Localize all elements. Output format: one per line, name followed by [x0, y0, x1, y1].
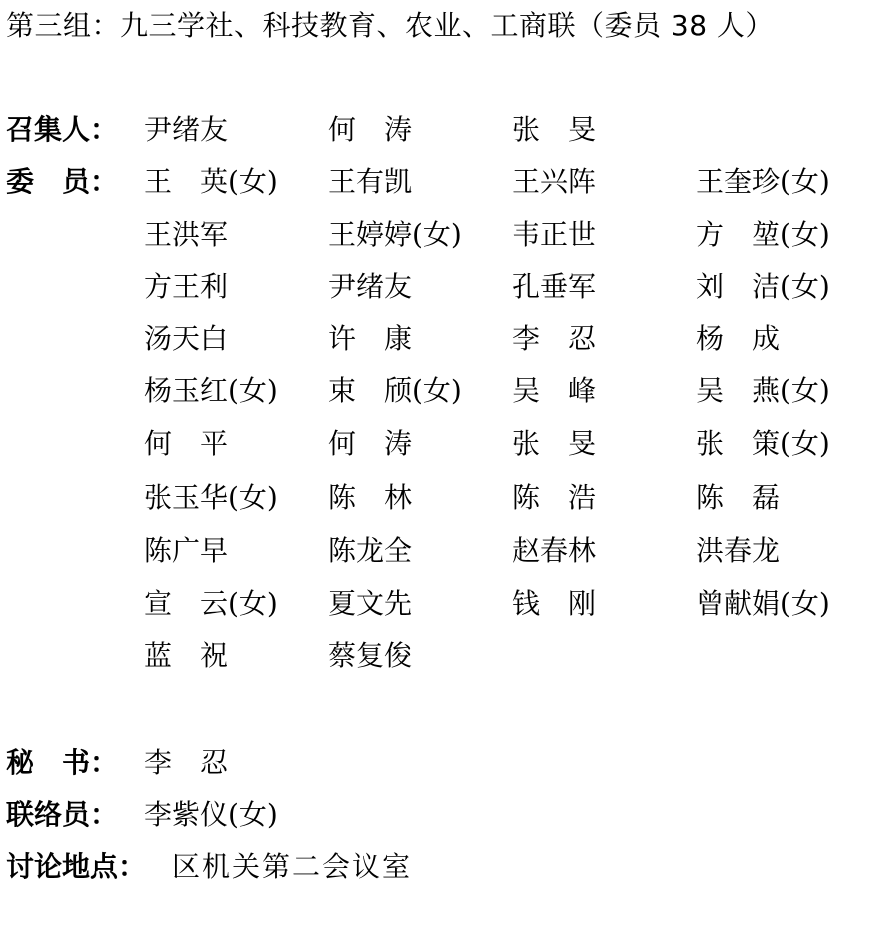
member-name: 王奎珍(女) — [696, 164, 830, 200]
member-name: 汤天白 — [144, 321, 228, 357]
member-name: 曾献娟(女) — [696, 586, 830, 622]
member-name: 赵春林 — [512, 533, 596, 569]
member-name: 陈 林 — [328, 480, 412, 516]
member-name: 陈龙全 — [328, 533, 412, 569]
member-name: 王有凯 — [328, 164, 412, 200]
member-name: 张 旻 — [512, 426, 596, 462]
convener-name: 张 旻 — [512, 112, 596, 148]
member-name: 尹绪友 — [328, 269, 412, 305]
member-name: 王婷婷(女) — [328, 217, 462, 253]
member-name: 束 颀(女) — [328, 373, 462, 409]
group-title: 第三组：九三学社、科技教育、农业、工商联（委员 38 人） — [6, 8, 774, 44]
member-name: 陈 浩 — [512, 480, 596, 516]
member-name: 王兴阵 — [512, 164, 596, 200]
member-name: 吴 燕(女) — [696, 373, 830, 409]
member-name: 洪春龙 — [696, 533, 780, 569]
member-name: 刘 洁(女) — [696, 269, 830, 305]
member-name: 杨玉红(女) — [144, 373, 278, 409]
member-name: 李 忍 — [512, 321, 596, 357]
member-name: 张玉华(女) — [144, 480, 278, 516]
member-name: 陈 磊 — [696, 480, 780, 516]
member-name: 许 康 — [328, 321, 412, 357]
convener-name: 尹绪友 — [144, 112, 228, 148]
member-name: 吴 峰 — [512, 373, 596, 409]
member-name: 方 堃(女) — [696, 217, 830, 253]
member-name: 陈广早 — [144, 533, 228, 569]
member-name: 钱 刚 — [512, 586, 596, 622]
liaison-label: 联络员： — [6, 797, 118, 833]
member-name: 方王利 — [144, 269, 228, 305]
member-name: 孔垂军 — [512, 269, 596, 305]
member-name: 蓝 祝 — [144, 638, 228, 674]
members-label: 委 员： — [6, 164, 118, 200]
member-name: 何 平 — [144, 426, 228, 462]
location-label: 讨论地点： — [6, 849, 146, 885]
member-name: 王 英(女) — [144, 164, 278, 200]
member-name: 韦正世 — [512, 217, 596, 253]
member-name: 夏文先 — [328, 586, 412, 622]
member-name: 杨 成 — [696, 321, 780, 357]
secretary-label: 秘 书： — [6, 745, 118, 781]
member-name: 王洪军 — [144, 217, 228, 253]
secretary-name: 李 忍 — [144, 745, 228, 781]
member-name: 蔡复俊 — [328, 638, 412, 674]
member-name: 张 策(女) — [696, 426, 830, 462]
location-value: 区机关第二会议室 — [172, 849, 412, 885]
member-name: 宣 云(女) — [144, 586, 278, 622]
convener-name: 何 涛 — [328, 112, 412, 148]
liaison-name: 李紫仪(女) — [144, 797, 278, 833]
member-name: 何 涛 — [328, 426, 412, 462]
conveners-label: 召集人： — [6, 112, 118, 148]
